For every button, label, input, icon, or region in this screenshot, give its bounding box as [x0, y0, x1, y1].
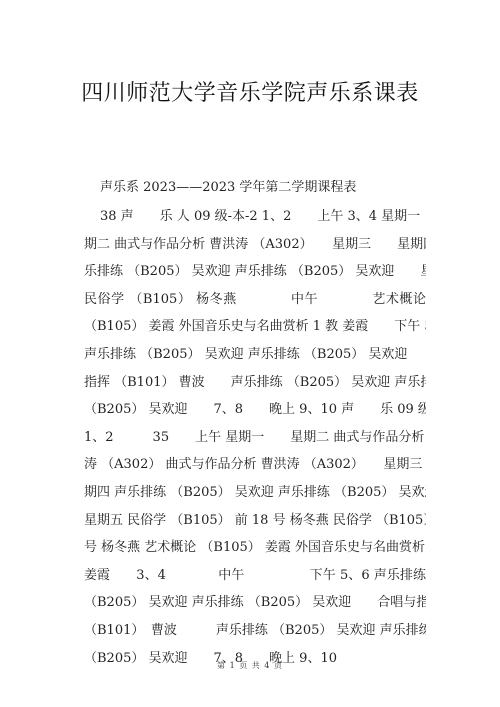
page-title: 四川师范大学音乐学院声乐系课表: [0, 76, 500, 107]
body-line: 38 声 乐 人 09 级-本-2 1、2 上午 3、4 星期一 星: [84, 203, 426, 231]
body-line: 民俗学 （B105） 杨冬燕 中午 艺术概论: [84, 286, 426, 314]
body-line: 1、2 35 上午 星期一 星期二 曲式与作品分析 曹洪: [84, 424, 426, 452]
body-line: （B101） 曹波 声乐排练 （B205） 吴欢迎 声乐排练: [84, 617, 426, 645]
body-line: （B105） 姜霞 外国音乐史与名曲赏析 1 教 姜霞 下午 5、6: [84, 313, 426, 341]
body-line: 星期五 民俗学 （B105） 前 18 号 杨冬燕 民俗学 （B105） 后 1…: [84, 507, 426, 535]
body-line: 期二 曲式与作品分析 曹洪涛 （A302） 星期三 星期四 声: [84, 231, 426, 259]
body-line: 声乐排练 （B205） 吴欢迎 声乐排练 （B205） 吴欢迎 合唱与: [84, 341, 426, 369]
page-footer: 第 1 页 共 4 页: [0, 660, 500, 671]
body-line: 号 杨冬燕 艺术概论 （B105） 姜霞 外国音乐史与名曲赏析 1 教: [84, 534, 426, 562]
body-line: 涛 （A302） 曲式与作品分析 曹洪涛 （A302） 星期三 星: [84, 451, 426, 479]
body-line: （B205） 吴欢迎 声乐排练 （B205） 吴欢迎 合唱与指挥: [84, 589, 426, 617]
body-line: 指挥 （B101） 曹波 声乐排练 （B205） 吴欢迎 声乐排练: [84, 369, 426, 397]
body-line: 姜霞 3、4 中午 下午 5、6 声乐排练: [84, 562, 426, 590]
body-line: 乐排练 （B205） 吴欢迎 声乐排练 （B205） 吴欢迎 星期五: [84, 258, 426, 286]
document-subtitle: 声乐系 2023——2023 学年第二学期课程表: [100, 176, 356, 195]
body-line: （B205） 吴欢迎 7、8 晚上 9、10 声 乐 09 级-本-3: [84, 396, 426, 424]
schedule-body: 38 声 乐 人 09 级-本-2 1、2 上午 3、4 星期一 星 期二 曲式…: [84, 203, 426, 672]
body-line: 期四 声乐排练 （B205） 吴欢迎 声乐排练 （B205） 吴欢迎: [84, 479, 426, 507]
